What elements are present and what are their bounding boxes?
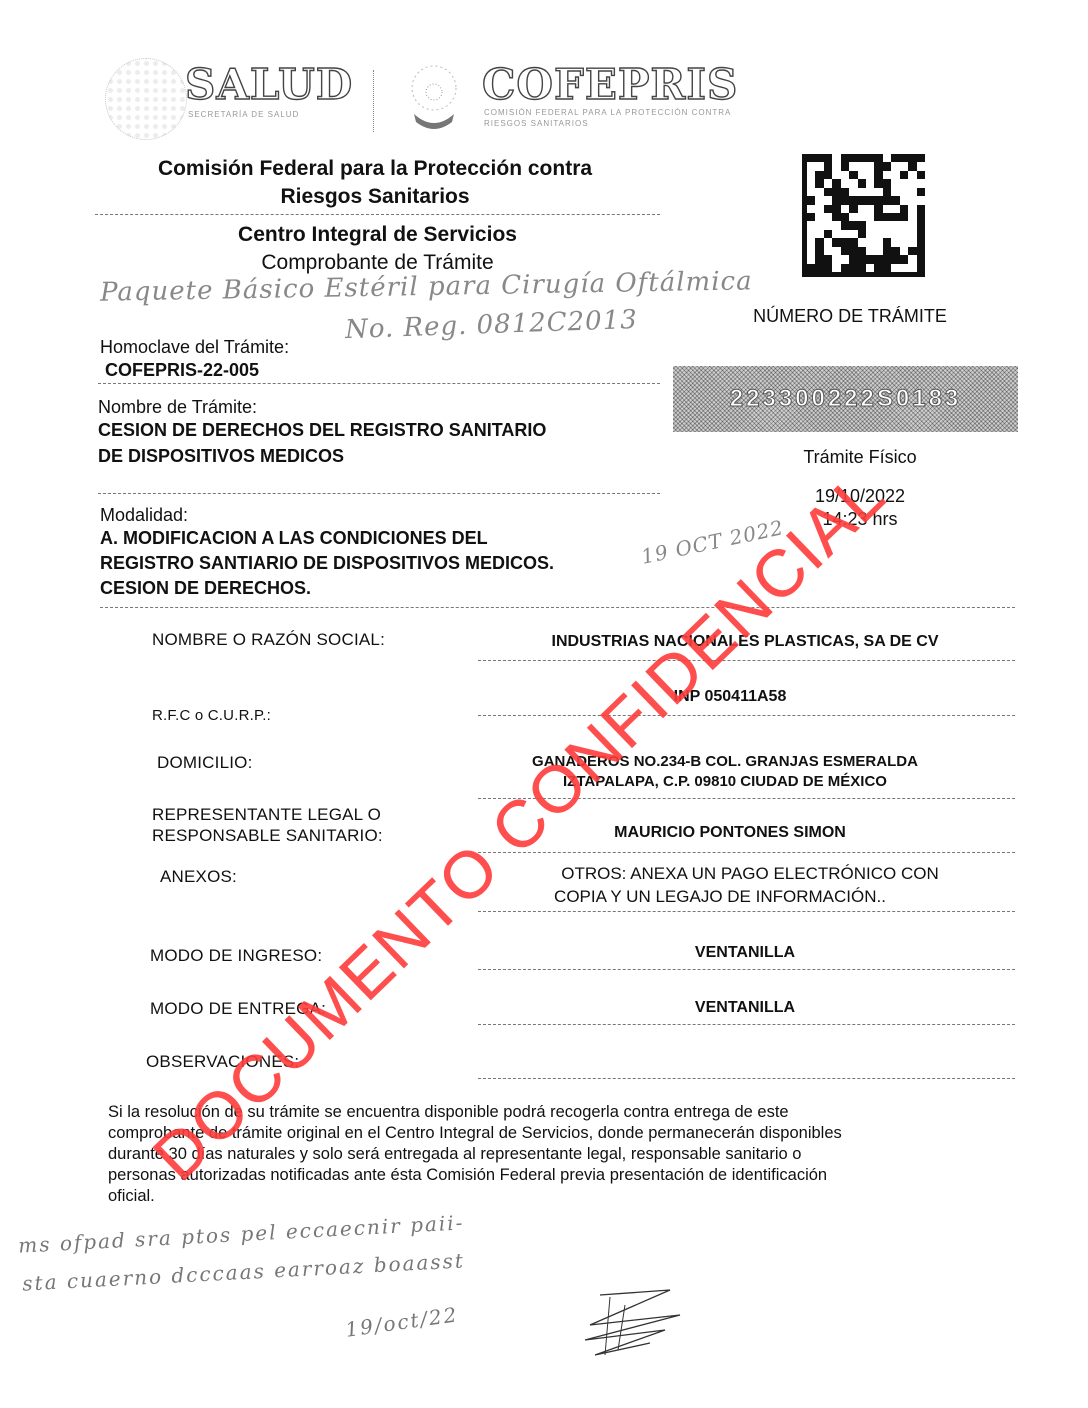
modalidad-line2: REGISTRO SANTIARIO DE DISPOSITIVOS MEDIC… <box>100 553 554 574</box>
anexos-underline <box>478 911 1015 912</box>
rfc-value: INP 050411A58 <box>480 688 980 706</box>
salud-logo-subtitle: SECRETARÍA DE SALUD <box>188 110 299 119</box>
datamatrix-code <box>802 154 925 277</box>
tramite-type: Trámite Físico <box>735 447 985 468</box>
notice-line-4: personas autorizadas notificadas ante és… <box>108 1165 1008 1186</box>
logo-divider <box>373 70 374 132</box>
modalidad-label: Modalidad: <box>100 505 188 526</box>
commission-title-line1: Comisión Federal para la Protección cont… <box>95 157 655 181</box>
signature-icon <box>570 1285 690 1360</box>
anexos-value-line2: COPIA Y UN LEGAJO DE INFORMACIÓN.. <box>470 887 970 907</box>
handwritten-note-line1: ms ofpad sra ptos pel eccaecnir paii- <box>18 1210 465 1257</box>
razon-social-underline <box>478 660 1015 661</box>
homoclave-divider <box>98 383 660 384</box>
modalidad-line3: CESION DE DERECHOS. <box>100 578 311 599</box>
tramite-number-value: 223300222S0183 <box>730 385 962 413</box>
tramite-number-label: NÚMERO DE TRÁMITE <box>700 306 1000 327</box>
representante-label-line2: RESPONSABLE SANITARIO: <box>152 826 383 846</box>
notice-line-3: durante 30 días naturales y solo será en… <box>108 1144 1008 1165</box>
handwritten-note-date: 19/oct/22 <box>344 1302 460 1342</box>
handwritten-note-line2: sta cuaerno dcccaas earroaz boaasst <box>22 1248 466 1295</box>
razon-social-label: NOMBRE O RAZÓN SOCIAL: <box>152 630 385 650</box>
tramite-name-line2: DE DISPOSITIVOS MEDICOS <box>98 446 344 467</box>
commission-title-line2: Riesgos Sanitarios <box>95 185 655 209</box>
modo-ingreso-label: MODO DE INGRESO: <box>150 946 322 966</box>
rfc-label: R.F.C o C.U.R.P.: <box>152 707 271 724</box>
service-center-title: Centro Integral de Servicios <box>95 223 660 247</box>
salud-logo-text: SALUD <box>185 60 353 109</box>
anexos-value-line1: OTROS: ANEXA UN PAGO ELECTRÓNICO CON <box>480 864 1020 884</box>
homoclave-label: Homoclave del Trámite: <box>100 337 289 358</box>
cofepris-logo-subtitle-1: COMISIÓN FEDERAL PARA LA PROTECCIÓN CONT… <box>484 108 731 117</box>
cofepris-logo-subtitle-2: RIESGOS SANITARIOS <box>484 119 589 128</box>
modo-ingreso-value: VENTANILLA <box>480 944 1010 962</box>
tramite-name-line1: CESION DE DERECHOS DEL REGISTRO SANITARI… <box>98 420 546 441</box>
representante-underline <box>478 852 1015 853</box>
rfc-underline <box>478 715 1015 716</box>
modalidad-divider <box>100 607 1015 608</box>
domicilio-label: DOMICILIO: <box>157 753 253 773</box>
tramite-name-divider <box>98 493 660 494</box>
notice-line-5: oficial. <box>108 1186 1008 1207</box>
modo-entrega-value: VENTANILLA <box>480 999 1010 1017</box>
tramite-number-box: 223300222S0183 <box>673 366 1018 432</box>
handwritten-registration-number: No. Reg. 0812C2013 <box>345 305 639 345</box>
salud-emblem-icon <box>105 58 187 140</box>
tramite-name-label: Nombre de Trámite: <box>98 397 257 418</box>
title-divider <box>95 214 660 215</box>
representante-label-line1: REPRESENTANTE LEGAL O <box>152 805 381 825</box>
homoclave-value: COFEPRIS-22-005 <box>105 360 259 381</box>
modalidad-line1: A. MODIFICACION A LAS CONDICIONES DEL <box>100 528 488 549</box>
cofepris-logo-text: COFEPRIS <box>482 60 738 109</box>
modo-ingreso-underline <box>478 969 1015 970</box>
cofepris-emblem-icon <box>408 62 460 132</box>
anexos-label: ANEXOS: <box>160 867 237 887</box>
observaciones-underline <box>478 1078 1015 1079</box>
modo-entrega-underline <box>478 1024 1015 1025</box>
